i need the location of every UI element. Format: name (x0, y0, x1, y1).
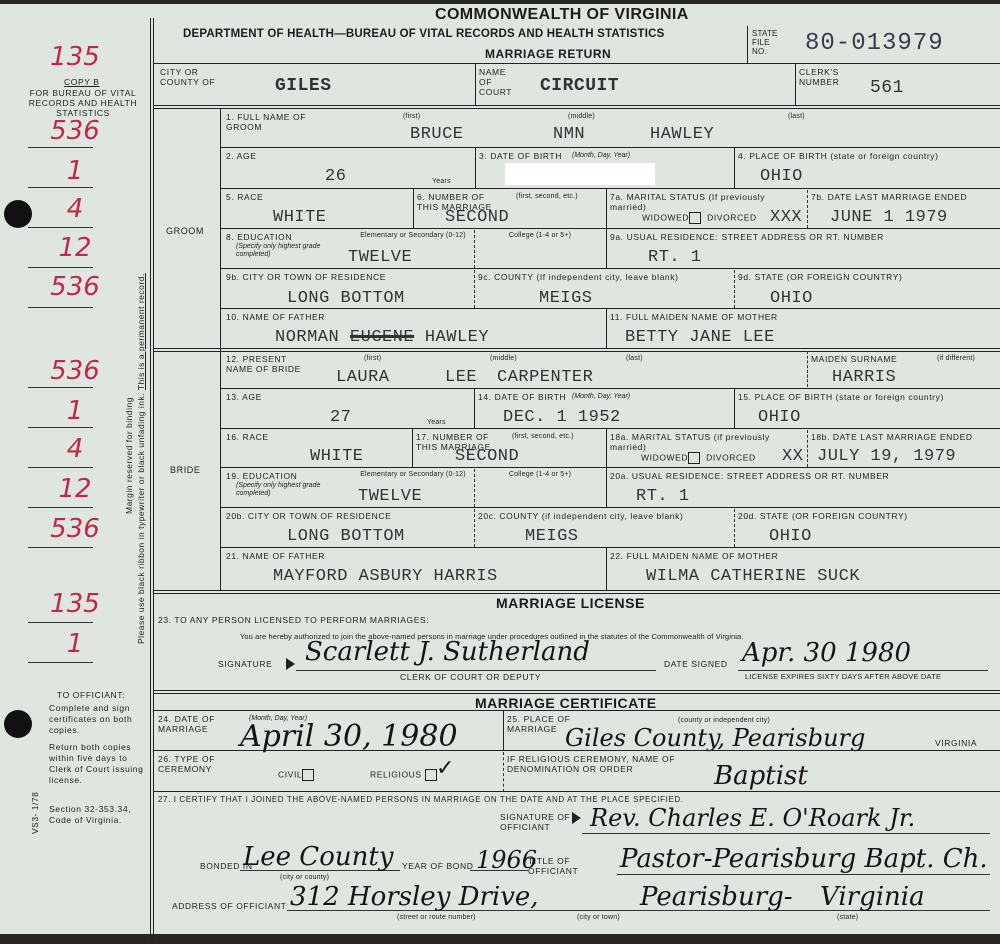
bride-date-of-birth: DEC. 1 1952 (503, 408, 621, 427)
marriage-return-form: COMMONWEALTH OF VIRGINIA DEPARTMENT OF H… (0, 4, 1000, 934)
officiant-address-street: 312 Horsley Drive, (290, 882, 539, 912)
bride-mother: WILMA CATHERINE SUCK (646, 567, 860, 586)
form-title: MARRIAGE RETURN (485, 47, 611, 61)
religious-check-mark: ✓ (436, 756, 454, 781)
marriage-date: April 30, 1980 (240, 719, 458, 754)
groom-race: WHITE (273, 208, 327, 227)
city-county-value: GILES (275, 76, 332, 96)
groom-middle-name: NMN (553, 125, 585, 144)
bride-residence: RT. 1 (636, 487, 690, 506)
denomination: Baptist (714, 761, 808, 791)
bride-middle-name: LEE (445, 368, 477, 387)
bonded-in: Lee County (243, 842, 393, 872)
groom-county: MEIGS (539, 289, 593, 308)
redacted-dob (505, 163, 655, 185)
bride-county: MEIGS (525, 527, 579, 546)
groom-city: LONG BOTTOM (287, 289, 405, 308)
groom-marriage-number: SECOND (445, 208, 509, 227)
groom-last-name: HAWLEY (650, 125, 714, 144)
bride-maiden-surname: HARRIS (832, 368, 896, 387)
bride-section-label: BRIDE (170, 465, 201, 475)
bride-widowed-checkbox (688, 452, 700, 464)
bride-divorced-mark: XX (782, 447, 803, 466)
state-file-label: STATE FILE NO. (752, 29, 782, 56)
court-value: CIRCUIT (540, 76, 619, 96)
bride-education: TWELVE (358, 487, 422, 506)
header-state: COMMONWEALTH OF VIRGINIA (435, 6, 689, 24)
marriage-place: Giles County, Pearisburg (565, 724, 865, 752)
bride-father: MAYFORD ASBURY HARRIS (273, 567, 498, 586)
groom-age: 26 (325, 167, 346, 186)
groom-last-marriage-ended: JUNE 1 1979 (830, 208, 948, 227)
groom-residence: RT. 1 (648, 248, 702, 267)
clerk-number-value: 561 (870, 78, 904, 98)
margin-code-2: 536 (15, 116, 135, 146)
license-title: MARRIAGE LICENSE (496, 595, 645, 611)
state-file-number: 80-013979 (805, 30, 944, 57)
bride-age: 27 (330, 408, 351, 427)
groom-education: TWELVE (348, 248, 412, 267)
widowed-checkbox (689, 212, 701, 224)
clerk-signature: Scarlett J. Sutherland (305, 637, 590, 667)
bride-last-marriage-ended: JULY 19, 1979 (817, 447, 956, 466)
bride-race: WHITE (310, 447, 364, 466)
bride-last-name: CARPENTER (497, 368, 593, 387)
groom-section-label: GROOM (166, 226, 204, 236)
officiant-address-city: Pearisburg- (640, 882, 793, 912)
groom-mother: BETTY JANE LEE (625, 328, 775, 347)
religious-checkbox (425, 769, 437, 781)
bride-marriage-number: SECOND (455, 447, 519, 466)
margin-code-1: 135 (15, 42, 135, 72)
officiant-address-state: Virginia (820, 882, 925, 912)
certificate-title: MARRIAGE CERTIFICATE (475, 695, 657, 711)
bride-city: LONG BOTTOM (287, 527, 405, 546)
groom-divorced-mark: XXX (770, 208, 802, 227)
header-department: DEPARTMENT OF HEALTH—BUREAU OF VITAL REC… (183, 28, 665, 40)
binder-hole-bottom (4, 710, 32, 738)
groom-place-of-birth: OHIO (760, 167, 803, 186)
officiant-arrow-icon (572, 812, 581, 824)
ink-note: Please use black ribbon in typewriter or… (136, 273, 146, 644)
bride-state: OHIO (769, 527, 812, 546)
bride-first-name: LAURA (336, 368, 390, 387)
civil-checkbox (302, 769, 314, 781)
groom-father: NORMAN EUGENE HAWLEY (275, 328, 489, 347)
date-signed: Apr. 30 1980 (742, 638, 911, 668)
binder-hole-top (4, 200, 32, 228)
signature-arrow-icon (286, 658, 295, 670)
officiant-title: Pastor-Pearisburg Bapt. Ch. (620, 844, 988, 874)
groom-state: OHIO (770, 289, 813, 308)
binding-note: Margin reserved for binding (124, 397, 134, 514)
groom-first-name: BRUCE (410, 125, 464, 144)
officiant-signature: Rev. Charles E. O'Roark Jr. (590, 804, 915, 832)
bride-place-of-birth: OHIO (758, 408, 801, 427)
